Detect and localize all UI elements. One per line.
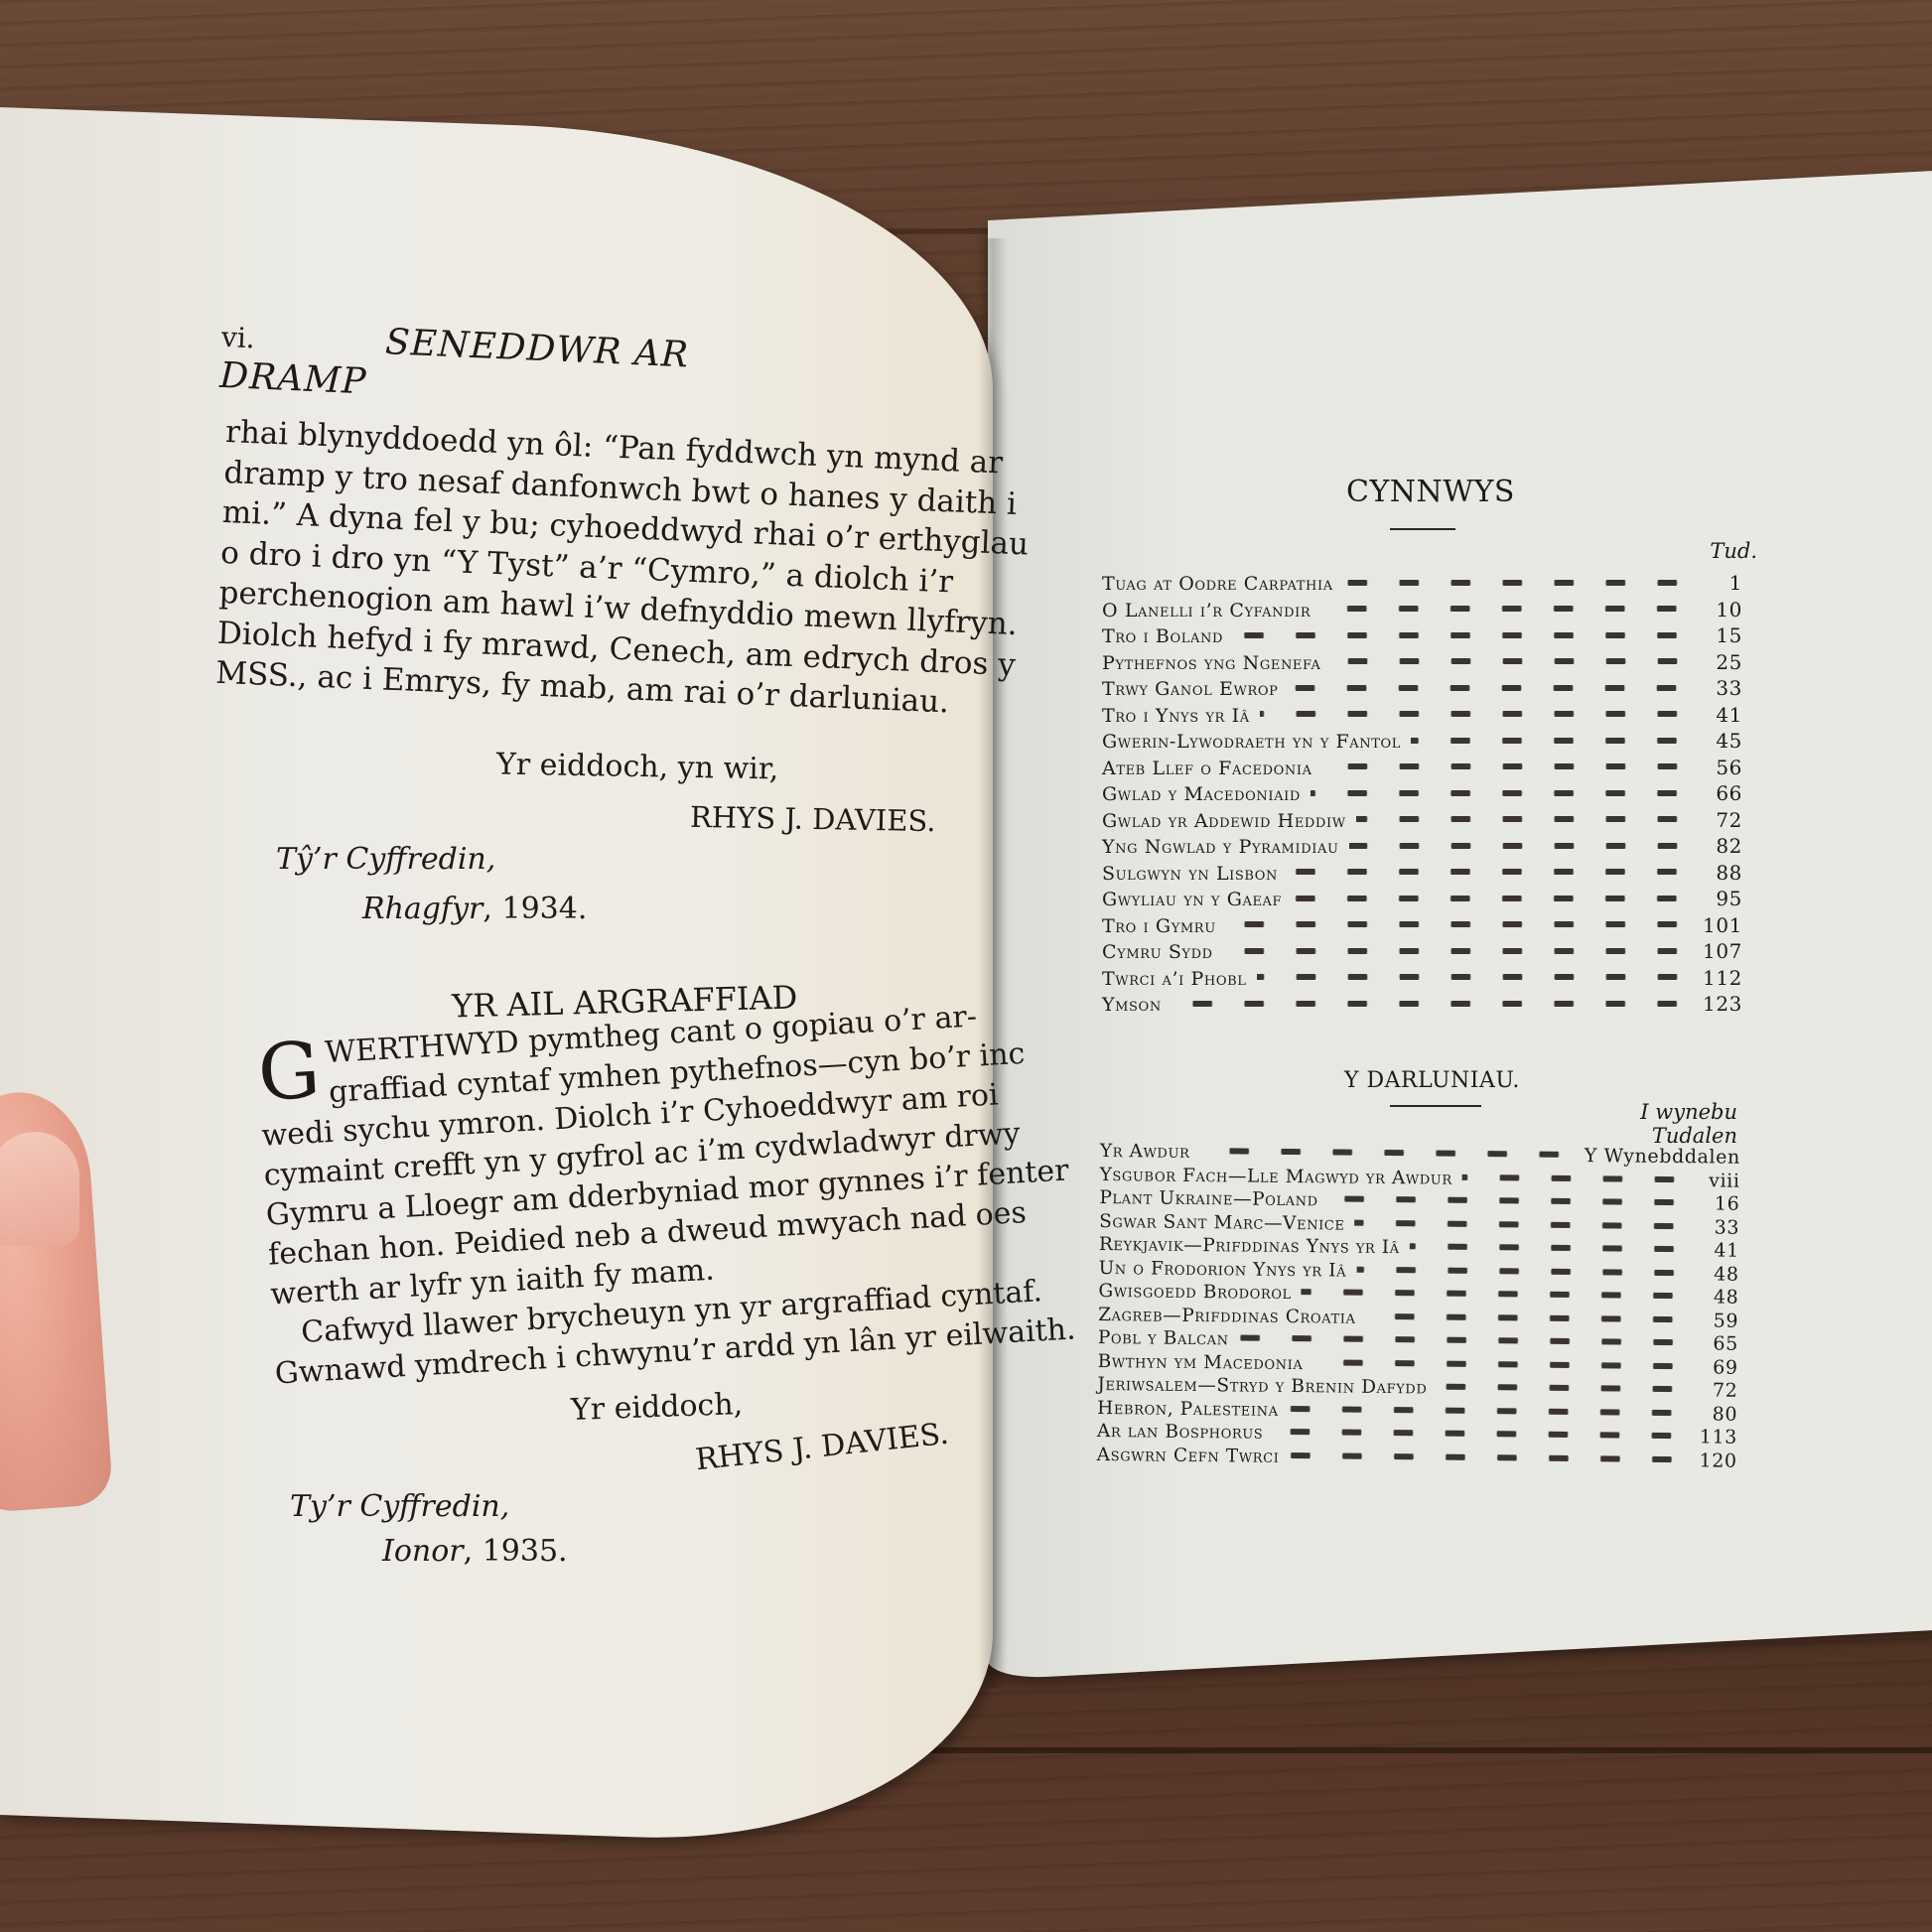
dot-leader — [1312, 1359, 1688, 1372]
dot-leader — [1172, 1001, 1693, 1010]
contents-entry: Tuag at Oodre Carpathia1 — [1102, 571, 1742, 598]
dot-leader — [1288, 685, 1693, 694]
entry-title: Bwthyn ym Macedonia — [1098, 1349, 1304, 1375]
entry-page-number: 72 — [1703, 808, 1742, 834]
contents-entry: Ymson123 — [1102, 992, 1742, 1019]
dot-leader — [1289, 1452, 1687, 1465]
thumbnail — [0, 1132, 79, 1246]
dot-leader — [1199, 1148, 1574, 1161]
dot-leader — [1410, 1244, 1690, 1256]
dot-leader — [1302, 1289, 1690, 1302]
entry-title: Sulgwyn yn Lisbon — [1102, 862, 1278, 888]
entry-page-number: viii — [1700, 1170, 1739, 1193]
dot-leader — [1289, 1406, 1689, 1419]
place-first: Tŷ’r Cyffredin, — [276, 842, 495, 877]
contents-entry: Tro i Ynys yr Iâ41 — [1102, 703, 1742, 730]
place-second: Ty’r Cyffredin, — [290, 1489, 509, 1524]
entry-page-number: 56 — [1703, 756, 1742, 781]
dot-leader — [1320, 606, 1693, 615]
entry-page-number: 101 — [1703, 913, 1742, 939]
entry-page-number: 33 — [1700, 1216, 1739, 1240]
dot-leader — [1233, 632, 1693, 641]
entry-page-number: 16 — [1700, 1192, 1739, 1216]
illustrations-list: Yr AwdurY WynebddalenYsgubor Fach—Lle Ma… — [1097, 1140, 1740, 1473]
dot-leader — [1343, 580, 1693, 589]
contents-entry: Yng Ngwlad y Pyramidiau82 — [1102, 834, 1742, 861]
running-title: SENEDDWR AR DRAMP — [218, 322, 689, 402]
dot-leader — [1292, 896, 1693, 904]
entry-title: Jeriwsalem—Stryd y Brenin Dafydd — [1097, 1373, 1427, 1400]
dot-leader — [1311, 790, 1693, 799]
dot-leader — [1288, 869, 1693, 878]
date-year: , 1934. — [483, 892, 587, 926]
contents-entry: O Lanelli i’r Cyfandir10 — [1102, 598, 1742, 624]
contents-list: Tuag at Oodre Carpathia1O Lanelli i’r Cy… — [1102, 571, 1742, 1019]
date-month: Ionor — [382, 1534, 464, 1569]
entry-title: Tro i Gymru — [1102, 914, 1216, 940]
entry-title: Zagreb—Prifddinas Croatia — [1098, 1303, 1356, 1328]
drop-cap: G — [256, 1038, 322, 1107]
entry-title: Tuag at Oodre Carpathia — [1102, 572, 1333, 598]
entry-page-number: 45 — [1703, 729, 1742, 755]
entry-page-number: 95 — [1703, 887, 1742, 912]
entry-title: Tro i Ynys yr Iâ — [1102, 704, 1250, 730]
contents-entry: Ateb Llef o Facedonia56 — [1102, 756, 1742, 782]
dot-leader — [1356, 816, 1693, 825]
contents-entry: Trwy Ganol Ewrop33 — [1102, 676, 1742, 703]
dot-leader — [1462, 1174, 1691, 1185]
entry-page-number: 123 — [1703, 992, 1742, 1018]
entry-title: Gwlad yr Addewid Heddiw — [1102, 809, 1346, 835]
dot-leader — [1437, 1384, 1688, 1396]
page-folio: vi. — [220, 321, 255, 354]
entry-title: Yng Ngwlad y Pyramidiau — [1102, 835, 1339, 861]
signature-first: RHYS J. DAVIES. — [690, 800, 936, 838]
second-edition-paragraph: G WERTHWYD pymtheg cant o gopiau o’r ar-… — [256, 998, 990, 1395]
illustrations-title: Y DARLUNIAU. — [1344, 1068, 1520, 1093]
illustrations-rule — [1390, 1105, 1481, 1107]
entry-page-number: 69 — [1699, 1356, 1738, 1380]
entry-title: Reykjavik—Prifddinas Ynys yr Iâ — [1099, 1233, 1400, 1260]
contents-entry: Gwyliau yn y Gaeaf95 — [1102, 887, 1742, 913]
entry-page-number: 120 — [1698, 1449, 1737, 1473]
entry-title: O Lanelli i’r Cyfandir — [1102, 599, 1311, 624]
dot-leader — [1411, 738, 1693, 747]
entry-title: Gwlad y Macedoniaid — [1102, 782, 1301, 808]
entry-title: Asgwrn Cefn Twrci — [1097, 1443, 1280, 1467]
entry-page-number: 48 — [1699, 1263, 1738, 1287]
entry-page-number: 65 — [1699, 1332, 1738, 1356]
signoff-first: Yr eiddoch, yn wir, — [496, 748, 779, 787]
entry-page-number: 72 — [1698, 1379, 1737, 1403]
entry-page-number: 107 — [1703, 939, 1742, 965]
contents-entry: Gwlad y Macedoniaid66 — [1102, 781, 1742, 808]
entry-title: Ar lan Bosphorus — [1097, 1420, 1264, 1445]
entry-page-number: 48 — [1699, 1286, 1738, 1310]
dot-leader — [1331, 658, 1694, 667]
contents-entry: Tro i Gymru101 — [1102, 913, 1742, 940]
entry-title: Pobl y Balcan — [1098, 1326, 1229, 1351]
page-column-header: Tud. — [1668, 539, 1757, 563]
entry-page-number: 66 — [1703, 781, 1742, 807]
entry-page-number: 41 — [1703, 703, 1742, 729]
contents-entry: Cymru Sydd107 — [1102, 939, 1742, 966]
date-month: Rhagfyr — [362, 892, 483, 926]
dot-leader — [1365, 1313, 1689, 1325]
entry-page-number: 112 — [1703, 966, 1742, 992]
contents-entry: Twrci a’i Phobl112 — [1102, 966, 1742, 993]
entry-title: Plant Ukraine—Poland — [1099, 1186, 1318, 1212]
entry-page-number: 41 — [1700, 1239, 1739, 1263]
entry-title: Ateb Llef o Facedonia — [1102, 757, 1312, 782]
entry-page-number: 88 — [1703, 861, 1742, 887]
entry-page-number: 15 — [1703, 623, 1742, 649]
entry-page-number: 59 — [1699, 1310, 1738, 1333]
contents-entry: Sulgwyn yn Lisbon88 — [1102, 861, 1742, 888]
entry-title: Hebron, Palesteina — [1097, 1396, 1279, 1421]
dot-leader — [1239, 1335, 1689, 1349]
dot-leader — [1349, 843, 1693, 852]
entry-title: Sgwar Sant Marc—Venice — [1099, 1209, 1345, 1235]
contents-entry: Tro i Boland15 — [1102, 623, 1742, 650]
dot-leader — [1273, 1429, 1688, 1442]
entry-title: Yr Awdur — [1100, 1140, 1190, 1164]
entry-title: Gwerin-Lywodraeth yn y Fantol — [1102, 730, 1401, 756]
date-second: Ionor, 1935. — [382, 1534, 568, 1569]
facing-page-header: I wynebu Tudalen — [1588, 1100, 1737, 1148]
entry-title: Ymson — [1102, 993, 1162, 1019]
title-rule — [1390, 528, 1455, 530]
dot-leader — [1226, 921, 1693, 930]
entry-page-number: 82 — [1703, 834, 1742, 860]
preface-paragraph: rhai blynyddoedd yn ôl: “Pan fyddwch yn … — [215, 412, 941, 722]
entry-title: Tro i Boland — [1102, 624, 1223, 650]
entry-title: Pythefnos yng Ngenefa — [1102, 651, 1321, 677]
signoff-second: Yr eiddoch, — [570, 1387, 743, 1428]
dot-leader — [1257, 974, 1693, 983]
entry-title: Un o Frodorion Ynys yr Iâ — [1099, 1256, 1347, 1282]
entry-page-number: 33 — [1703, 676, 1742, 702]
dot-leader — [1356, 1266, 1690, 1279]
entry-title: Gwyliau yn y Gaeaf — [1102, 888, 1282, 913]
contents-title: CYNNWYS — [1346, 475, 1515, 509]
contents-entry: Gwerin-Lywodraeth yn y Fantol45 — [1102, 729, 1742, 756]
entry-title: Trwy Ganol Ewrop — [1102, 677, 1278, 703]
date-year: , 1935. — [464, 1534, 568, 1569]
entry-page-number: 80 — [1698, 1403, 1737, 1427]
dot-leader — [1322, 763, 1693, 772]
contents-entry: Gwlad yr Addewid Heddiw72 — [1102, 808, 1742, 835]
facing-page-header-line1: I wynebu — [1588, 1100, 1737, 1124]
entry-page-number: 1 — [1703, 571, 1742, 597]
entry-page-number: 10 — [1703, 598, 1742, 623]
entry-page-number: Y Wynebddalen — [1585, 1145, 1740, 1170]
dot-leader — [1354, 1219, 1690, 1232]
entry-page-number: 113 — [1698, 1426, 1737, 1449]
entry-title: Cymru Sydd — [1102, 940, 1213, 966]
dot-leader — [1260, 711, 1693, 720]
entry-title: Twrci a’i Phobl — [1102, 967, 1247, 993]
entry-page-number: 25 — [1703, 650, 1742, 676]
contents-entry: Pythefnos yng Ngenefa25 — [1102, 650, 1742, 677]
dot-leader — [1223, 948, 1693, 957]
entry-title: Gwisgoedd Brodorol — [1098, 1280, 1292, 1306]
date-first: Rhagfyr, 1934. — [362, 892, 587, 926]
dot-leader — [1328, 1196, 1691, 1209]
